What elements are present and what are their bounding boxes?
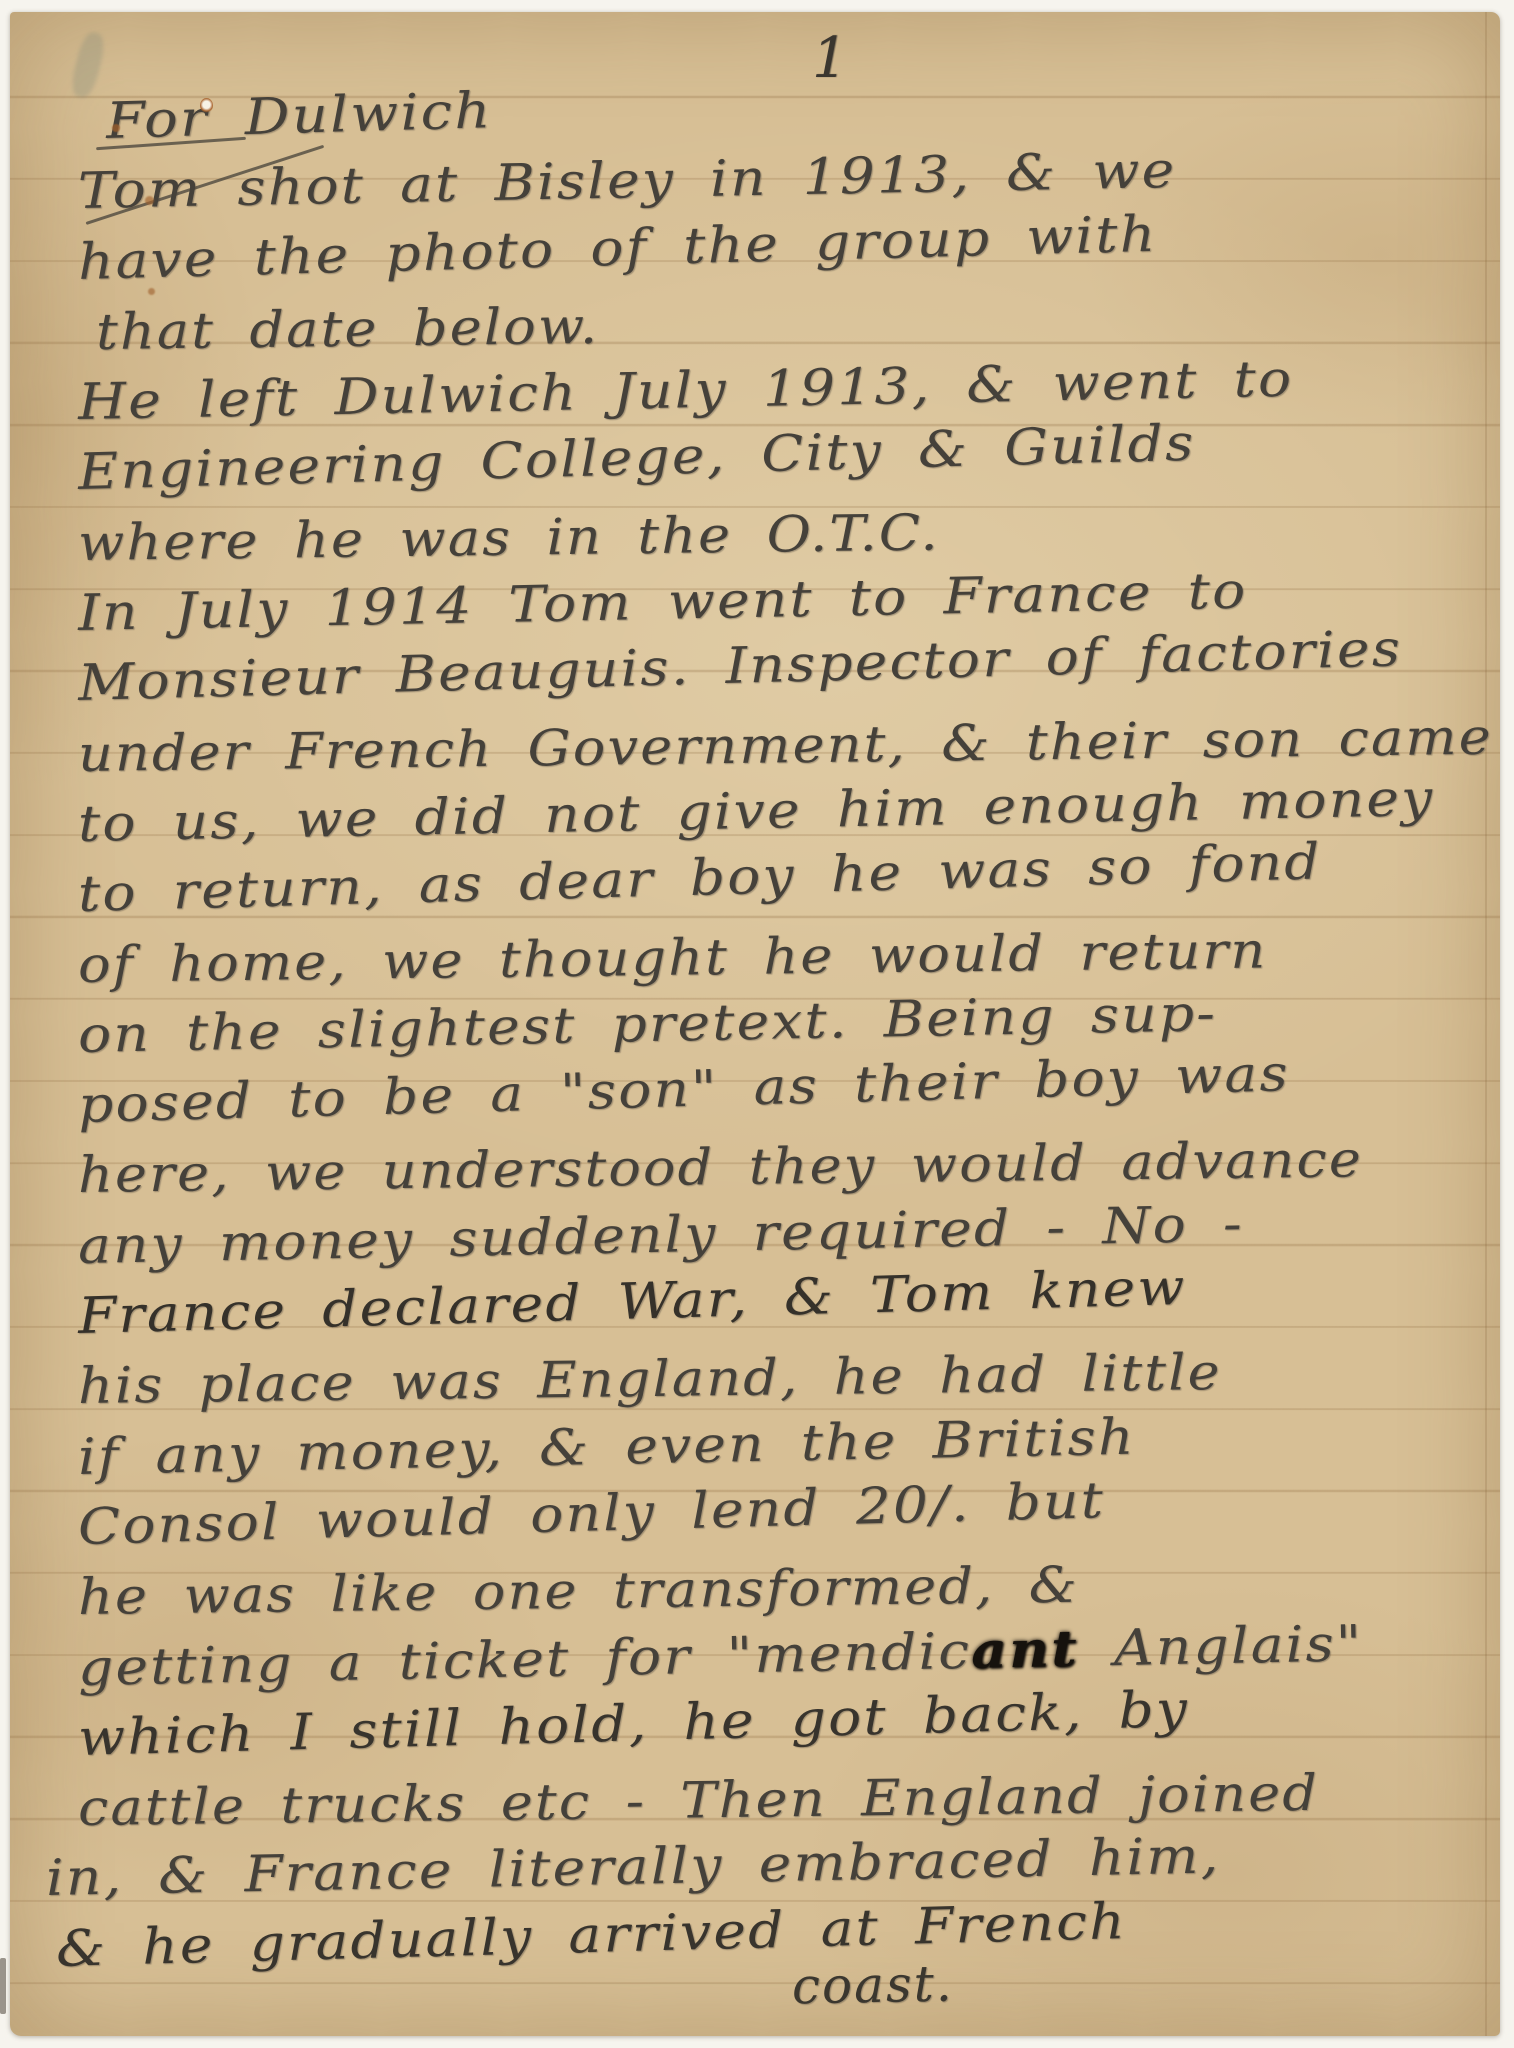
handwritten-text-block: For Dulwich Tom shot at Bisley in 1913, … bbox=[78, 86, 1478, 1984]
text-segment: Anglais" bbox=[1078, 1614, 1364, 1677]
ink-blot-segment: ant bbox=[971, 1618, 1080, 1679]
pinhole-stain bbox=[200, 98, 213, 113]
rust-stain bbox=[148, 288, 155, 295]
rust-stain bbox=[112, 124, 120, 132]
scanned-manuscript-page: { "document": { "page_number": "1", "hea… bbox=[0, 0, 1514, 2048]
scan-edge-mark bbox=[0, 1958, 6, 2014]
closing-word: coast. bbox=[792, 1955, 955, 2016]
rust-stain bbox=[145, 196, 154, 205]
